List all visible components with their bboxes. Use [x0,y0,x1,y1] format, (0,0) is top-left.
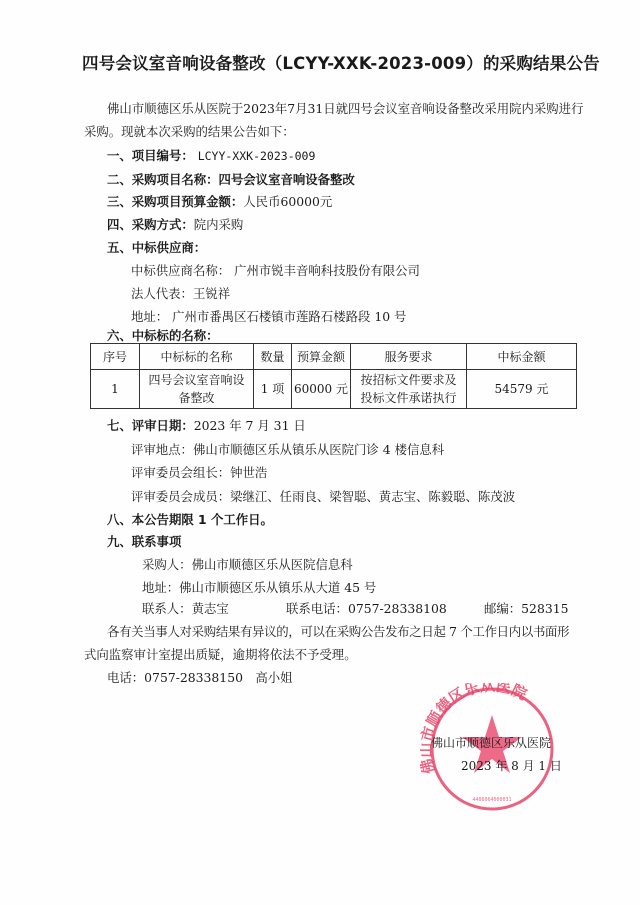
review-members-value: 梁继江、任雨良、梁智聪、黄志宝、陈毅聪、陈茂波 [230,489,515,504]
review-members-label: 评审委员会成员： [131,489,230,504]
section-label: 一、项目编号： [107,148,194,163]
contact-phone-value: 0757-28338108 [348,601,447,616]
section-label: 七、评审日期： [107,418,194,433]
supplier-name-label: 中标供应商名称： [131,263,230,278]
svg-text:4406064000031: 4406064000031 [472,797,511,803]
supplier-name-value: 广州市锐丰音响科技股份有限公司 [234,263,420,278]
section-method: 四、采购方式：院内采购 [107,217,243,233]
cell-no: 1 [91,370,140,409]
table-header-row: 序号 中标标的名称 数量 预算金额 服务要求 中标金额 [91,344,577,370]
legal-rep-value: 王锐祥 [193,286,230,301]
intro-line-2: 采购。现就本次采购的结果公告如下： [84,124,295,140]
buyer-address-label: 地址： [142,580,179,595]
section-review-date: 七、评审日期：2023 年 7 月 31 日 [107,418,306,434]
project-name-value: 四号会议室音响设备整改 [219,172,355,187]
intro-line-1: 佛山市顺德区乐从医院于2023年7月31日就四号会议室音响设备整改采用院内采购进… [107,101,583,117]
contact-person-value: 黄志宝 [192,601,229,616]
budget-value: 人民币60000元 [243,194,332,209]
review-location-label: 评审地点： [131,442,193,457]
section-label: 三、采购项目预算金额： [107,194,243,209]
review-leader-label: 评审委员会组长： [131,465,230,480]
col-header-service: 服务要求 [351,344,467,370]
item-name-line-2: 备整改 [140,389,253,407]
buyer-address-value: 佛山市顺德区乐从镇乐从大道 45 号 [179,580,376,595]
project-number-value: LCYY-XXK-2023-009 [198,149,316,163]
review-leader-row: 评审委员会组长：钟世浩 [131,465,267,481]
review-location-value: 佛山市顺德区乐从镇乐从医院门诊 4 楼信息科 [193,442,444,457]
supplier-address-value: 广州市番禺区石楼镇市莲路石楼路段 10 号 [172,309,406,324]
signature-date: 2023 年 8 月 1 日 [461,757,562,774]
col-header-award-amount: 中标金额 [467,344,577,370]
review-location-row: 评审地点：佛山市顺德区乐从镇乐从医院门诊 4 楼信息科 [131,442,444,458]
contact-phone-row: 联系电话：0757-28338108 [286,601,447,617]
service-line-1: 按招标文件要求及 [351,371,466,389]
supplier-address-row: 地址： 广州市番禺区石楼镇市莲路石楼路段 10 号 [131,309,406,325]
legal-rep-label: 法人代表： [131,286,193,301]
contact-person-label: 联系人： [142,601,192,616]
postcode-row: 邮编：528315 [484,601,568,617]
section-notice-period: 八、本公告期限 1 个工作日。 [107,512,273,528]
section-award-items: 六、中标标的名称： [107,328,219,344]
supplier-name-row: 中标供应商名称： 广州市锐丰音响科技股份有限公司 [131,263,420,279]
col-header-budget: 预算金额 [292,344,351,370]
cell-service: 按招标文件要求及 投标文件承诺执行 [351,370,467,409]
review-members-row: 评审委员会成员：梁继江、任雨良、梁智聪、黄志宝、陈毅聪、陈茂波 [131,489,515,505]
cell-budget: 60000 元 [292,370,351,409]
postcode-label: 邮编： [484,601,521,616]
section-label: 四、采购方式： [107,217,194,232]
postcode-value: 528315 [521,601,568,616]
document-page: 四号会议室音响设备整改（LCYY-XXK-2023-009）的采购结果公告 佛山… [0,0,640,905]
section-project-number: 一、项目编号： LCYY-XXK-2023-009 [107,148,315,164]
review-leader-value: 钟世浩 [230,465,267,480]
col-header-item-name: 中标标的名称 [140,344,254,370]
supplier-address-label: 地址： [131,309,168,324]
cell-item-name: 四号会议室音响设 备整改 [140,370,254,409]
item-name-line-1: 四号会议室音响设 [140,371,253,389]
buyer-row: 采购人：佛山市顺德区乐从医院信息科 [142,557,353,573]
service-line-2: 投标文件承诺执行 [351,389,466,407]
review-date-value: 2023 年 7 月 31 日 [194,418,306,433]
table-row: 1 四号会议室音响设 备整改 1 项 60000 元 按招标文件要求及 投标文件… [91,370,577,409]
award-table: 序号 中标标的名称 数量 预算金额 服务要求 中标金额 1 四号会议室音响设 备… [90,343,577,409]
section-label: 二、采购项目名称： [107,172,219,187]
section-project-name: 二、采购项目名称：四号会议室音响设备整改 [107,172,355,188]
objection-line-2: 式向监察审计室提出质疑，逾期将依法不予受理。 [84,647,357,663]
buyer-label: 采购人： [142,557,192,572]
section-contact: 九、联系事项 [107,534,181,550]
method-value: 院内采购 [194,217,244,232]
contact-phone-label: 联系电话： [286,601,348,616]
col-header-no: 序号 [91,344,140,370]
buyer-address-row: 地址：佛山市顺德区乐从镇乐从大道 45 号 [142,580,376,596]
objection-phone: 电话：0757-28338150 高小姐 [107,670,293,686]
section-supplier: 五、中标供应商： [107,240,206,256]
col-header-quantity: 数量 [254,344,292,370]
cell-quantity: 1 项 [254,370,292,409]
objection-line-1: 各有关当事人对采购结果有异议的，可以在采购公告发布之日起 7 个工作日内以书面形 [107,624,569,640]
contact-person-row: 联系人：黄志宝 [142,601,229,617]
section-budget: 三、采购项目预算金额：人民币60000元 [107,194,332,210]
legal-rep-row: 法人代表：王锐祥 [131,286,230,302]
page-title: 四号会议室音响设备整改（LCYY-XXK-2023-009）的采购结果公告 [82,50,600,74]
cell-award-amount: 54579 元 [467,370,577,409]
buyer-value: 佛山市顺德区乐从医院信息科 [192,557,353,572]
signature-org: 佛山市顺德区乐从医院 [431,734,551,751]
